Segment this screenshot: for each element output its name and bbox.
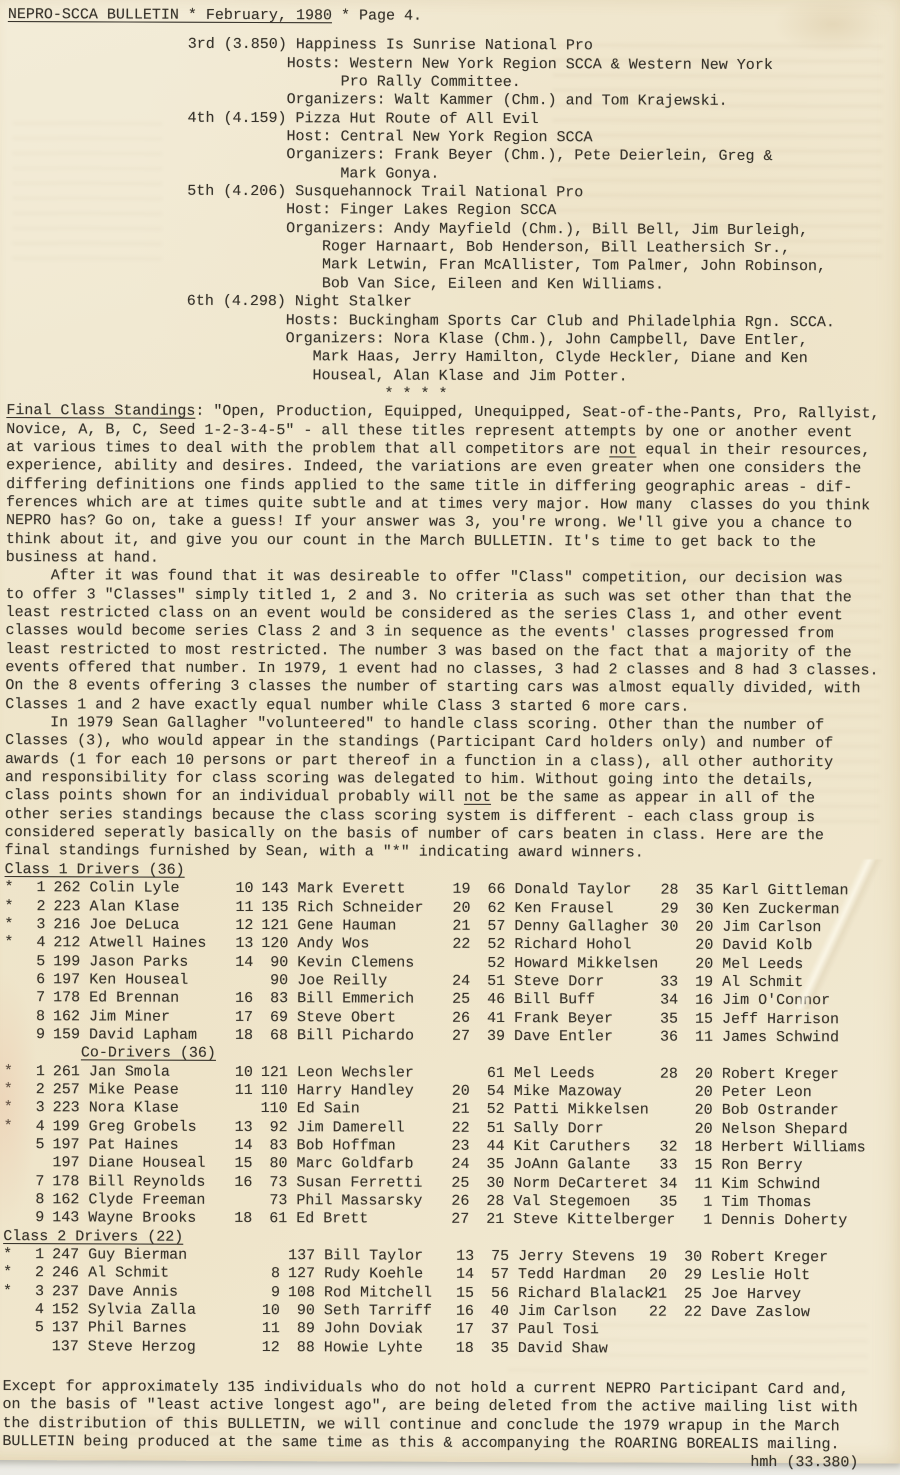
underlined-text: not — [609, 441, 636, 458]
rank-number: 11 — [229, 898, 253, 916]
award-star — [3, 1154, 20, 1172]
points-value: 246 — [44, 1265, 79, 1283]
competitor-name: Colin Lyle — [90, 880, 180, 899]
standings-table: Class 1 Drivers (36)*1262Colin Lyle10143… — [4, 861, 894, 1048]
points-value: 197 — [45, 971, 80, 989]
award-star: * — [3, 1246, 20, 1264]
points-value: 212 — [45, 934, 80, 952]
table-cell: 110Ed Sain — [229, 1100, 446, 1119]
rank-number: 18 — [228, 1210, 252, 1228]
table-cell: 1189John Doviak — [256, 1320, 450, 1339]
competitor-name: Norm DeCarteret — [513, 1175, 648, 1194]
table-cell: *1261Jan Smola — [4, 1063, 229, 1082]
points-value: 35 — [474, 1340, 509, 1358]
competitor-name: Karl Gittleman — [723, 882, 849, 901]
competitor-name: Kim Schwind — [721, 1175, 820, 1194]
scanned-page: NEPRO-SCCA BULLETIN * February, 1980 * P… — [0, 0, 900, 1463]
rank-number: 5 — [21, 953, 45, 971]
points-value: 178 — [45, 989, 80, 1007]
points-value: 21 — [469, 1211, 504, 1229]
competitor-name: Guy Bierman — [88, 1246, 187, 1265]
competitor-name: Phil Massarsky — [296, 1192, 422, 1211]
rank-number: 4 — [20, 1301, 44, 1319]
points-value: 88 — [280, 1339, 315, 1357]
points-value: 83 — [253, 1137, 288, 1155]
text-run: equal in their resources, — [636, 441, 870, 459]
points-value: 20 — [678, 1084, 713, 1102]
rank-number: 1 — [22, 879, 46, 897]
competitor-name: Kit Caruthers — [514, 1138, 631, 1157]
competitor-name: Jerry Stevens — [518, 1248, 635, 1267]
text-run: Novice, A, B, C, Seed 1-2-3-4-5" - all t… — [6, 421, 852, 441]
competitor-name: Joe Harvey — [711, 1285, 801, 1304]
points-value: 247 — [44, 1246, 79, 1264]
points-value: 22 — [667, 1304, 702, 1322]
award-star — [3, 1209, 20, 1227]
points-value: 44 — [470, 1138, 505, 1156]
points-value: 143 — [44, 1210, 79, 1228]
rank-number: 28 — [654, 1065, 678, 1083]
competitor-name: Gene Hauman — [297, 917, 396, 936]
table-cell: 2157Denny Gallagher — [446, 918, 654, 937]
award-star: * — [4, 1081, 21, 1099]
rank-number: 2 — [20, 1264, 44, 1282]
points-value: 143 — [254, 880, 289, 898]
rank-number: 1 — [21, 1063, 45, 1081]
points-value: 20 — [678, 937, 713, 955]
rank-number — [654, 1083, 678, 1101]
points-value: 56 — [474, 1285, 509, 1303]
competitor-name: Jim Carlson — [518, 1303, 617, 1322]
rank-number: 8 — [21, 1008, 45, 1026]
points-value: 11 — [678, 1029, 713, 1047]
table-cell: 1483Bob Hoffman — [229, 1137, 446, 1156]
table-cell: 3611James Schwind — [654, 1028, 839, 1047]
rank-number: 22 — [446, 936, 470, 954]
rank-number: 14 — [229, 953, 253, 971]
points-value: 257 — [45, 1081, 80, 1099]
competitor-name: John Doviak — [324, 1321, 423, 1340]
competitor-name: Clyde Freeman — [88, 1191, 205, 1210]
table-cell: 10143Mark Everett — [230, 880, 447, 899]
competitor-name: Mike Mazoway — [514, 1083, 622, 1102]
competitor-name: Ken Houseal — [89, 971, 188, 990]
competitor-name: Rudy Koehle — [324, 1266, 423, 1285]
competitor-name: Bill Taylor — [324, 1247, 423, 1266]
table-cell: 8162Jim Miner — [4, 1008, 229, 1027]
table-cell: 1769Steve Obert — [229, 1008, 446, 1027]
rank-number: 13 — [450, 1248, 474, 1266]
points-value: 216 — [45, 916, 80, 934]
rank-number: 36 — [654, 1028, 678, 1046]
rank-number: 21 — [446, 918, 470, 936]
competitor-name: Jim Carlson — [722, 919, 821, 938]
award-star — [3, 1191, 20, 1209]
competitor-name: Mel Leeds — [514, 1065, 595, 1084]
competitor-name: Val Stegemoen — [513, 1193, 630, 1212]
text-run: Classes 1 and 2 have exactly equal numbe… — [5, 696, 689, 716]
table-cell: 3411Kim Schwind — [653, 1175, 820, 1194]
rank-number: 16 — [228, 1174, 252, 1192]
rank-number: 2 — [21, 898, 45, 916]
points-value: 46 — [470, 991, 505, 1009]
table-cell: 73Phil Massarsky — [228, 1192, 445, 1211]
rank-number: 32 — [654, 1139, 678, 1157]
table-cell: 2251Sally Dorr — [446, 1119, 654, 1138]
standings-tables: Class 1 Drivers (36)*1262Colin Lyle10143… — [3, 861, 894, 1360]
table-cell: 1556Richard Blalack — [450, 1284, 643, 1303]
points-value: 1 — [677, 1194, 712, 1212]
table-cell: 1683Bill Emmerich — [229, 990, 446, 1009]
rank-number: 29 — [654, 900, 678, 918]
competitor-name: Steve Herzog — [88, 1338, 196, 1357]
points-value: 11 — [677, 1175, 712, 1193]
competitor-name: Ed Brett — [296, 1211, 368, 1230]
competitor-name: Ron Berry — [721, 1157, 802, 1176]
points-value: 127 — [280, 1265, 315, 1283]
points-value: 237 — [44, 1283, 79, 1301]
table-cell: 12121Gene Hauman — [229, 917, 446, 936]
points-value: 89 — [280, 1321, 315, 1339]
competitor-name: Ed Brennan — [89, 990, 179, 1009]
rank-number: 27 — [446, 1028, 470, 1046]
rank-number: 5 — [20, 1320, 44, 1338]
table-cell: 3020Jim Carlson — [654, 918, 821, 937]
table-cell: 7178Ed Brennan — [4, 989, 229, 1008]
rank-number: 27 — [445, 1211, 469, 1229]
points-value: 197 — [44, 1155, 79, 1173]
competitor-name: Wayne Brooks — [88, 1210, 196, 1229]
points-value: 20 — [678, 918, 713, 936]
competitor-name: David Shaw — [518, 1340, 608, 1359]
award-star: * — [4, 934, 21, 952]
text-run: class points shown for an individual pro… — [5, 787, 464, 806]
rank-number: 13 — [229, 1119, 253, 1137]
points-value: 110 — [253, 1082, 288, 1100]
table-cell: 2721Steve Kittelberger — [445, 1211, 653, 1230]
rank-number — [256, 1247, 280, 1265]
rank-number — [653, 1212, 677, 1230]
table-cell: 8162Clyde Freeman — [3, 1191, 228, 1210]
points-value: 92 — [253, 1119, 288, 1137]
points-value: 197 — [45, 1136, 80, 1154]
table-cell: *2257Mike Pease — [4, 1081, 229, 1100]
rank-number: 19 — [643, 1249, 667, 1267]
table-cell: 20David Kolb — [654, 937, 812, 956]
rank-number — [654, 955, 678, 973]
competitor-name: Rod Mitchell — [324, 1284, 432, 1303]
text-run: events offered that number. In 1979, 1 e… — [5, 659, 878, 679]
award-star — [3, 1338, 20, 1356]
award-star — [4, 953, 21, 971]
table-cell: 13120Andy Wos — [229, 935, 446, 954]
competitor-name: Jim Miner — [89, 1008, 170, 1027]
points-value: 162 — [44, 1191, 79, 1209]
table-cell: 1737Paul Tosi — [450, 1321, 643, 1340]
competitor-name: Atwell Haines — [89, 935, 206, 954]
points-value: 30 — [678, 900, 713, 918]
rank-number: 5 — [21, 1136, 45, 1154]
table-cell: 2062Ken Frausel — [446, 899, 654, 918]
text-run: After it was found that it was desireabl… — [6, 567, 843, 587]
rank-number: 35 — [653, 1194, 677, 1212]
rank-number — [654, 1102, 678, 1120]
text-run: Classes (3), who would appear in the sta… — [5, 732, 833, 752]
rank-number: 20 — [643, 1267, 667, 1285]
competitor-name: James Schwind — [722, 1029, 839, 1048]
points-value: 30 — [469, 1174, 504, 1192]
points-value: 137 — [44, 1338, 79, 1356]
points-value: 90 — [253, 972, 288, 990]
competitor-name: Mark Everett — [298, 880, 406, 899]
text-run: classes would become series Class 2 and … — [6, 622, 834, 642]
text-run: final standings furnished by Sean, with … — [5, 843, 644, 862]
rank-number: 17 — [229, 1008, 253, 1026]
competitor-name: Donald Taylor — [515, 881, 632, 900]
text-run: In 1979 Sean Gallagher "volunteered" to … — [5, 714, 824, 734]
rank-number — [654, 1120, 678, 1138]
competitor-name: Tim Thomas — [721, 1194, 811, 1213]
competitor-name: Harry Handley — [297, 1082, 414, 1101]
competitor-name: JoAnn Galante — [513, 1156, 630, 1175]
points-value: 40 — [474, 1303, 509, 1321]
rank-number: 7 — [21, 989, 45, 1007]
text-run: other series standings because the class… — [5, 806, 815, 826]
rank-number: 25 — [446, 991, 470, 1009]
rank-number: 9 — [20, 1209, 44, 1227]
class-structure-paragraph: After it was found that it was desireabl… — [5, 567, 895, 717]
competitor-name: Bob Hoffman — [297, 1137, 396, 1156]
competitor-name: Mike Pease — [89, 1081, 179, 1100]
award-star: * — [4, 898, 21, 916]
points-value: 20 — [678, 1120, 713, 1138]
points-value: 80 — [252, 1155, 287, 1173]
points-value: 41 — [470, 1009, 505, 1027]
rank-number: 9 — [256, 1284, 280, 1302]
competitor-name: Al Schmit — [88, 1265, 169, 1284]
underlined-text: not — [464, 789, 491, 806]
table-cell — [643, 1322, 711, 1341]
table-cell: *2246Al Schmit — [3, 1264, 256, 1283]
text-run: least restricted class on an event would… — [6, 604, 843, 624]
text-run: be the same as appear in all of the — [491, 789, 815, 807]
rank-number: 7 — [20, 1173, 44, 1191]
points-value: 262 — [46, 879, 81, 897]
competitor-name: Howie Lyhte — [324, 1339, 423, 1358]
table-cell: 2222Dave Zaslow — [643, 1304, 810, 1323]
rank-number: 11 — [256, 1320, 280, 1338]
points-value: 15 — [677, 1157, 712, 1175]
table-cell: 2820Robert Kreger — [654, 1065, 839, 1084]
competitor-name: Susan Ferretti — [296, 1174, 422, 1193]
mailing-note-paragraph: Except for approximately 135 individuals… — [2, 1378, 891, 1455]
competitor-name: Alan Klase — [89, 898, 179, 917]
table-cell: 1966Donald Taylor — [447, 881, 655, 900]
events-list: 3rd (3.850) Happiness Is Sunrise Nationa… — [6, 35, 896, 405]
points-value: 30 — [667, 1249, 702, 1267]
competitor-name: Peter Leon — [722, 1084, 812, 1103]
points-value: 57 — [474, 1266, 509, 1284]
table-cell: 1490Kevin Clemens — [229, 953, 446, 972]
text-run: considered seperatly basically on the ba… — [5, 824, 824, 844]
rank-number: 8 — [20, 1191, 44, 1209]
rank-number: 14 — [450, 1266, 474, 1284]
competitor-name: David Kolb — [722, 937, 812, 956]
rank-number: 23 — [446, 1138, 470, 1156]
table-cell: 2252Richard Hohol — [446, 936, 654, 955]
table-cell: 2435JoAnn Galante — [445, 1156, 653, 1175]
table-cell: 20Nelson Shepard — [654, 1120, 848, 1139]
table-cell: 1673Susan Ferretti — [228, 1174, 445, 1193]
table-cell: 2344Kit Caruthers — [446, 1138, 654, 1157]
rank-number — [229, 1100, 253, 1118]
award-star — [4, 1008, 21, 1026]
competitor-name: Andy Wos — [297, 935, 369, 954]
points-value: 66 — [471, 881, 506, 899]
points-value: 152 — [44, 1301, 79, 1319]
points-value: 1 — [677, 1212, 712, 1230]
points-value: 75 — [474, 1248, 509, 1266]
points-value: 121 — [253, 1064, 288, 1082]
points-value: 52 — [470, 936, 505, 954]
points-value: 178 — [44, 1173, 79, 1191]
competitor-name: David Lapham — [89, 1026, 197, 1045]
rank-number: 30 — [654, 918, 678, 936]
table-cell: 137Bill Taylor — [256, 1247, 450, 1266]
table-cell: 2054Mike Mazoway — [446, 1083, 654, 1102]
points-value: 90 — [280, 1302, 315, 1320]
competitor-name: Jeff Harrison — [722, 1010, 839, 1029]
rank-number: 22 — [446, 1119, 470, 1137]
rank-number: 15 — [450, 1284, 474, 1302]
points-value: 19 — [678, 974, 713, 992]
points-value: 61 — [470, 1064, 505, 1082]
rank-number: 10 — [256, 1302, 280, 1320]
award-star: * — [4, 1118, 21, 1136]
table-cell: 2641Frank Beyer — [446, 1009, 654, 1028]
rank-number — [643, 1322, 667, 1340]
table-cell: 6197Ken Houseal — [4, 971, 229, 990]
competitor-name: Howard Mikkelsen — [514, 955, 658, 974]
table-cell: 351Tim Thomas — [653, 1194, 811, 1213]
table-cell: 2451Steve Dorr — [446, 973, 654, 992]
competitor-name: Steve Kittelberger — [513, 1211, 675, 1230]
competitor-name: Steve Dorr — [514, 973, 604, 992]
table-title: Class 1 Drivers (36) — [5, 861, 185, 880]
rank-number: 12 — [229, 917, 253, 935]
table-cell: 1835David Shaw — [450, 1340, 643, 1359]
competitor-name: Bob Ostrander — [722, 1102, 839, 1121]
table-cell: 3315Ron Berry — [653, 1157, 802, 1176]
table-cell: 1288Howie Lyhte — [256, 1339, 450, 1358]
table-cell: *3237Dave Annis — [3, 1283, 256, 1302]
points-value: 20 — [678, 1102, 713, 1120]
competitor-name: Marc Goldfarb — [296, 1155, 413, 1174]
rank-number: 25 — [445, 1174, 469, 1192]
table-row: 137Steve Herzog1288Howie Lyhte1835David … — [3, 1338, 892, 1360]
competitor-name: Nora Klase — [89, 1100, 179, 1119]
competitor-name: Diane Houseal — [88, 1155, 205, 1174]
award-star: * — [4, 1063, 21, 1081]
table-cell: 9159David Lapham — [4, 1026, 229, 1045]
points-value: 110 — [253, 1100, 288, 1118]
table-cell: *3223Nora Klase — [4, 1099, 229, 1118]
table-cell: 2152Patti Mikkelsen — [446, 1101, 654, 1120]
table-cell: *2223Alan Klase — [4, 898, 229, 917]
competitor-name: Kevin Clemens — [297, 954, 414, 973]
rank-number: 3 — [20, 1283, 44, 1301]
points-value: 51 — [470, 1119, 505, 1137]
award-star: * — [3, 1283, 20, 1301]
table-cell: 52Howard Mikkelsen — [446, 954, 654, 973]
points-value: 62 — [470, 899, 505, 917]
table-cell: 1090Seth Tarriff — [256, 1302, 450, 1321]
rank-number: 20 — [446, 899, 470, 917]
rank-number: 35 — [654, 1010, 678, 1028]
rank-number: 8 — [256, 1265, 280, 1283]
points-value: 52 — [470, 954, 505, 972]
rank-number: 34 — [653, 1175, 677, 1193]
rank-number: 10 — [230, 880, 254, 898]
class-scoring-paragraph: In 1979 Sean Gallagher "volunteered" to … — [5, 714, 895, 864]
table-cell: 3515Jeff Harrison — [654, 1010, 839, 1029]
competitor-name: Ken Frausel — [514, 900, 613, 919]
table-cell: 5199Jason Parks — [4, 953, 229, 972]
competitor-name: Denny Gallagher — [514, 918, 649, 937]
points-value: 199 — [45, 953, 80, 971]
rank-number — [20, 1338, 44, 1356]
table-cell: 5137Phil Barnes — [3, 1319, 256, 1338]
competitor-name: Paul Tosi — [518, 1321, 599, 1340]
table-cell: 1861Ed Brett — [228, 1210, 445, 1229]
rank-number — [654, 937, 678, 955]
competitor-name: Steve Obert — [297, 1009, 396, 1028]
text-run: experience, ability and desires. Indeed,… — [6, 457, 861, 477]
table-cell: 20Mel Leeds — [654, 955, 803, 974]
rank-number: 21 — [446, 1101, 470, 1119]
points-value: 162 — [45, 1008, 80, 1026]
table-cell: 197Diane Houseal — [3, 1154, 228, 1173]
points-value: 68 — [253, 1027, 288, 1045]
points-value: 83 — [253, 990, 288, 1008]
rank-number — [20, 1154, 44, 1172]
table-cell: 1392Jim Damerell — [229, 1119, 446, 1138]
text-run: : "Open, Production, Equipped, Unequippe… — [195, 403, 879, 423]
rank-number: 4 — [21, 1118, 45, 1136]
competitor-name: Robert Kreger — [722, 1065, 839, 1084]
competitor-name: Richard Hohol — [514, 936, 631, 955]
rank-number: 22 — [643, 1304, 667, 1322]
points-value: 39 — [470, 1028, 505, 1046]
award-star — [3, 1319, 20, 1337]
table-cell: 3218Herbert Williams — [654, 1139, 866, 1158]
competitor-name: Leslie Holt — [711, 1267, 810, 1286]
points-value — [667, 1322, 702, 1340]
table-cell: 9143Wayne Brooks — [3, 1209, 228, 1228]
table-cell: 2628Val Stegemoen — [445, 1193, 653, 1212]
table-cell: 2546Bill Buff — [446, 991, 654, 1010]
table-cell: 1457Tedd Hardman — [450, 1266, 643, 1285]
rank-number — [446, 954, 470, 972]
competitor-name: Jim O'Connor — [722, 992, 830, 1011]
competitor-name: Phil Barnes — [88, 1320, 187, 1339]
table-cell: 5197Pat Haines — [4, 1136, 229, 1155]
rank-number: 11 — [229, 1082, 253, 1100]
award-star — [4, 971, 21, 989]
rank-number: 9 — [21, 1026, 45, 1044]
table-cell: 2835Karl Gittleman — [655, 882, 849, 901]
standings-table: Class 2 Drivers (22)*1247Guy Bierman137B… — [3, 1228, 892, 1360]
